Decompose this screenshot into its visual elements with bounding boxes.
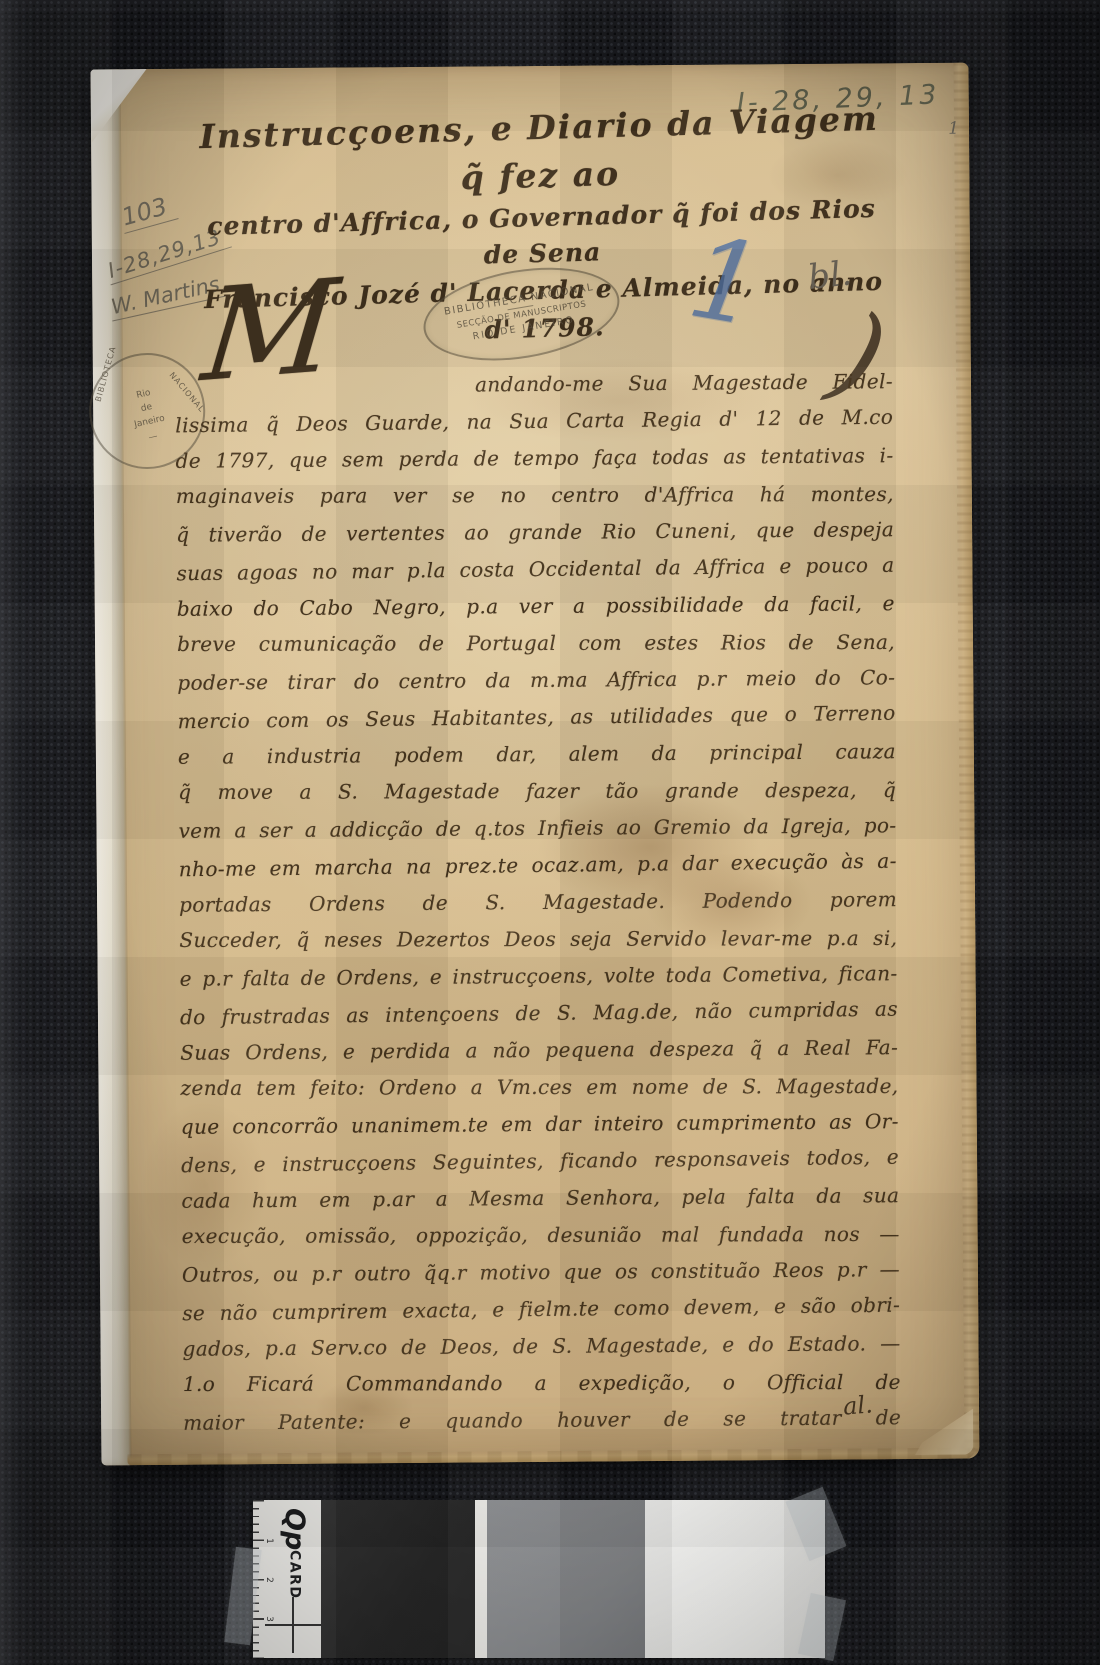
manuscript-line: q̃ move a S. Magestade fazer tão grande … xyxy=(178,772,896,811)
pencil-note-bl: bl. xyxy=(806,253,854,298)
manuscript-page: I- 28, 29, 13 1 103 I-28,29,13 W. Martin… xyxy=(91,63,980,1466)
manuscript-line: cada hum em p.ar a Mesma Senhora, pela f… xyxy=(181,1177,899,1220)
qp-calibration-card: 1 2 3 QpCARD xyxy=(253,1500,825,1658)
photographed-manuscript-scene: I- 28, 29, 13 1 103 I-28,29,13 W. Martin… xyxy=(0,0,1100,1665)
qpcard-ruler-number: 2 xyxy=(264,1577,274,1583)
qpcard-brand: QpCARD xyxy=(279,1508,310,1618)
qpcard-ruler-number: 3 xyxy=(264,1616,274,1622)
manuscript-line: andando-me Sua Magestade Fidel- xyxy=(475,363,893,403)
margin-number: 103 xyxy=(117,190,179,234)
manuscript-line: 1.o Ficará Commandando a expedição, o Of… xyxy=(183,1364,901,1403)
qpcard-gray-patch xyxy=(487,1500,645,1658)
manuscript-line: Succeder, q̃ neses Dezertos Deos seja Se… xyxy=(179,920,897,959)
page-stack-edge-bottom xyxy=(127,1448,975,1466)
qpcard-ruler-number: 1 xyxy=(264,1538,274,1544)
qpcard-black-patch xyxy=(321,1500,475,1658)
qpcard-patch-gap xyxy=(475,1500,487,1658)
corner-page-number: 1 xyxy=(948,119,959,139)
manuscript-line: portadas Ordens de S. Magestade. Podendo… xyxy=(179,881,897,924)
qpcard-label-strip: 1 2 3 QpCARD xyxy=(253,1500,321,1658)
manuscript-line: maior Patente: e quando houver de se tra… xyxy=(183,1399,901,1442)
qpcard-crosshair-vertical xyxy=(292,1597,294,1653)
body-lines: andando-me Sua Magestade Fidel-lissima q… xyxy=(175,363,901,1442)
manuscript-line: gados, p.a Serv.co de Deos, de S. Magest… xyxy=(182,1325,900,1368)
page-stack-edge-right xyxy=(954,63,980,1459)
manuscript-line: e a industria podem dar, alem da princip… xyxy=(178,733,896,776)
manuscript-line: execução, omissão, oppozição, desunião m… xyxy=(182,1216,900,1255)
manuscript-line: de 1797, que sem perda de tempo faça tod… xyxy=(175,437,893,480)
catchword: al. xyxy=(842,1390,874,1420)
qpcard-brand-lead: Qp xyxy=(279,1508,310,1550)
manuscript-line: maginaveis para ver se no centro d'Affri… xyxy=(176,476,894,515)
manuscript-line: baixo do Cabo Negro, p.a ver a possibili… xyxy=(177,585,895,628)
manuscript-line: Suas Ordens, e perdida a não pequena des… xyxy=(180,1029,898,1072)
manuscript-line: breve cumunicação de Portugal com estes … xyxy=(177,624,895,663)
title-line: Instrucçoens, e Diario da Viagem q̃ fez … xyxy=(189,95,891,210)
qpcard-brand-rest: CARD xyxy=(287,1550,303,1600)
manuscript-line: zenda tem feito: Ordeno a Vm.ces em nome… xyxy=(180,1068,898,1107)
